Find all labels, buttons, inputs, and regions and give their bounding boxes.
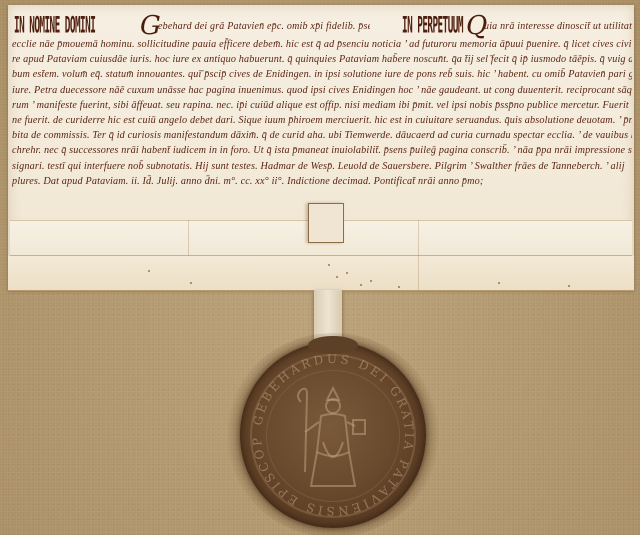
seal-tag-slit [308, 203, 344, 243]
wax-seal: GEBEHARDUS DEI GRATIA PATAVIENSIS EPISCO… [240, 342, 426, 528]
plica-lower-fold [8, 256, 634, 291]
text-line-dating-clause: plures. Dat apud Pataviam. ii. Id̄. Juli… [12, 173, 632, 189]
text-line: rum ’ manifeste fuerint, sibi āffeuat. … [12, 97, 632, 113]
text-line: iure. Petra duecessore nāē cuxum unāsse… [12, 82, 632, 98]
first-line-arenga: uia nrā interesse dinoscit̄ ut utilitati… [484, 21, 632, 32]
text-line: chrehr. nec q̄ successores nrāi habent̄ … [12, 143, 632, 159]
text-line: bita de commissis. Ter q̄ id curiosis ma… [12, 128, 632, 144]
text-line: signari. testī qui interfuere nob̄ subn… [12, 158, 632, 174]
seated-bishop-figure-icon [283, 382, 383, 494]
first-line-intitulatio: ebehard dei grā Patavien̄ ep̄c. omib̄ xp… [158, 21, 370, 32]
text-line: ne fuerit. de curiderre hic est cuiū an… [12, 113, 632, 129]
fold-crease [418, 220, 419, 290]
text-line: ecclie nāe p̄mouemā hominu. sollicitudin… [12, 37, 632, 53]
charter-text: IN NOMINE DOMINI G ebehard dei grā Patav… [12, 11, 632, 189]
text-line: bum est̄em. volum̄ eq̄. statum̄ innouant… [12, 67, 632, 83]
invocation-in-nomine-domini: IN NOMINE DOMINI [14, 13, 95, 39]
invocation-in-perpetuum: IN PERPETUUM [402, 13, 463, 39]
first-line: IN NOMINE DOMINI G ebehard dei grā Patav… [12, 11, 632, 37]
text-line: re apud Pataviam cuiusdāe iuris. hoc iur… [12, 52, 632, 68]
charter-parchment: IN NOMINE DOMINI G ebehard dei grā Patav… [8, 5, 634, 290]
fold-crease [188, 220, 189, 256]
